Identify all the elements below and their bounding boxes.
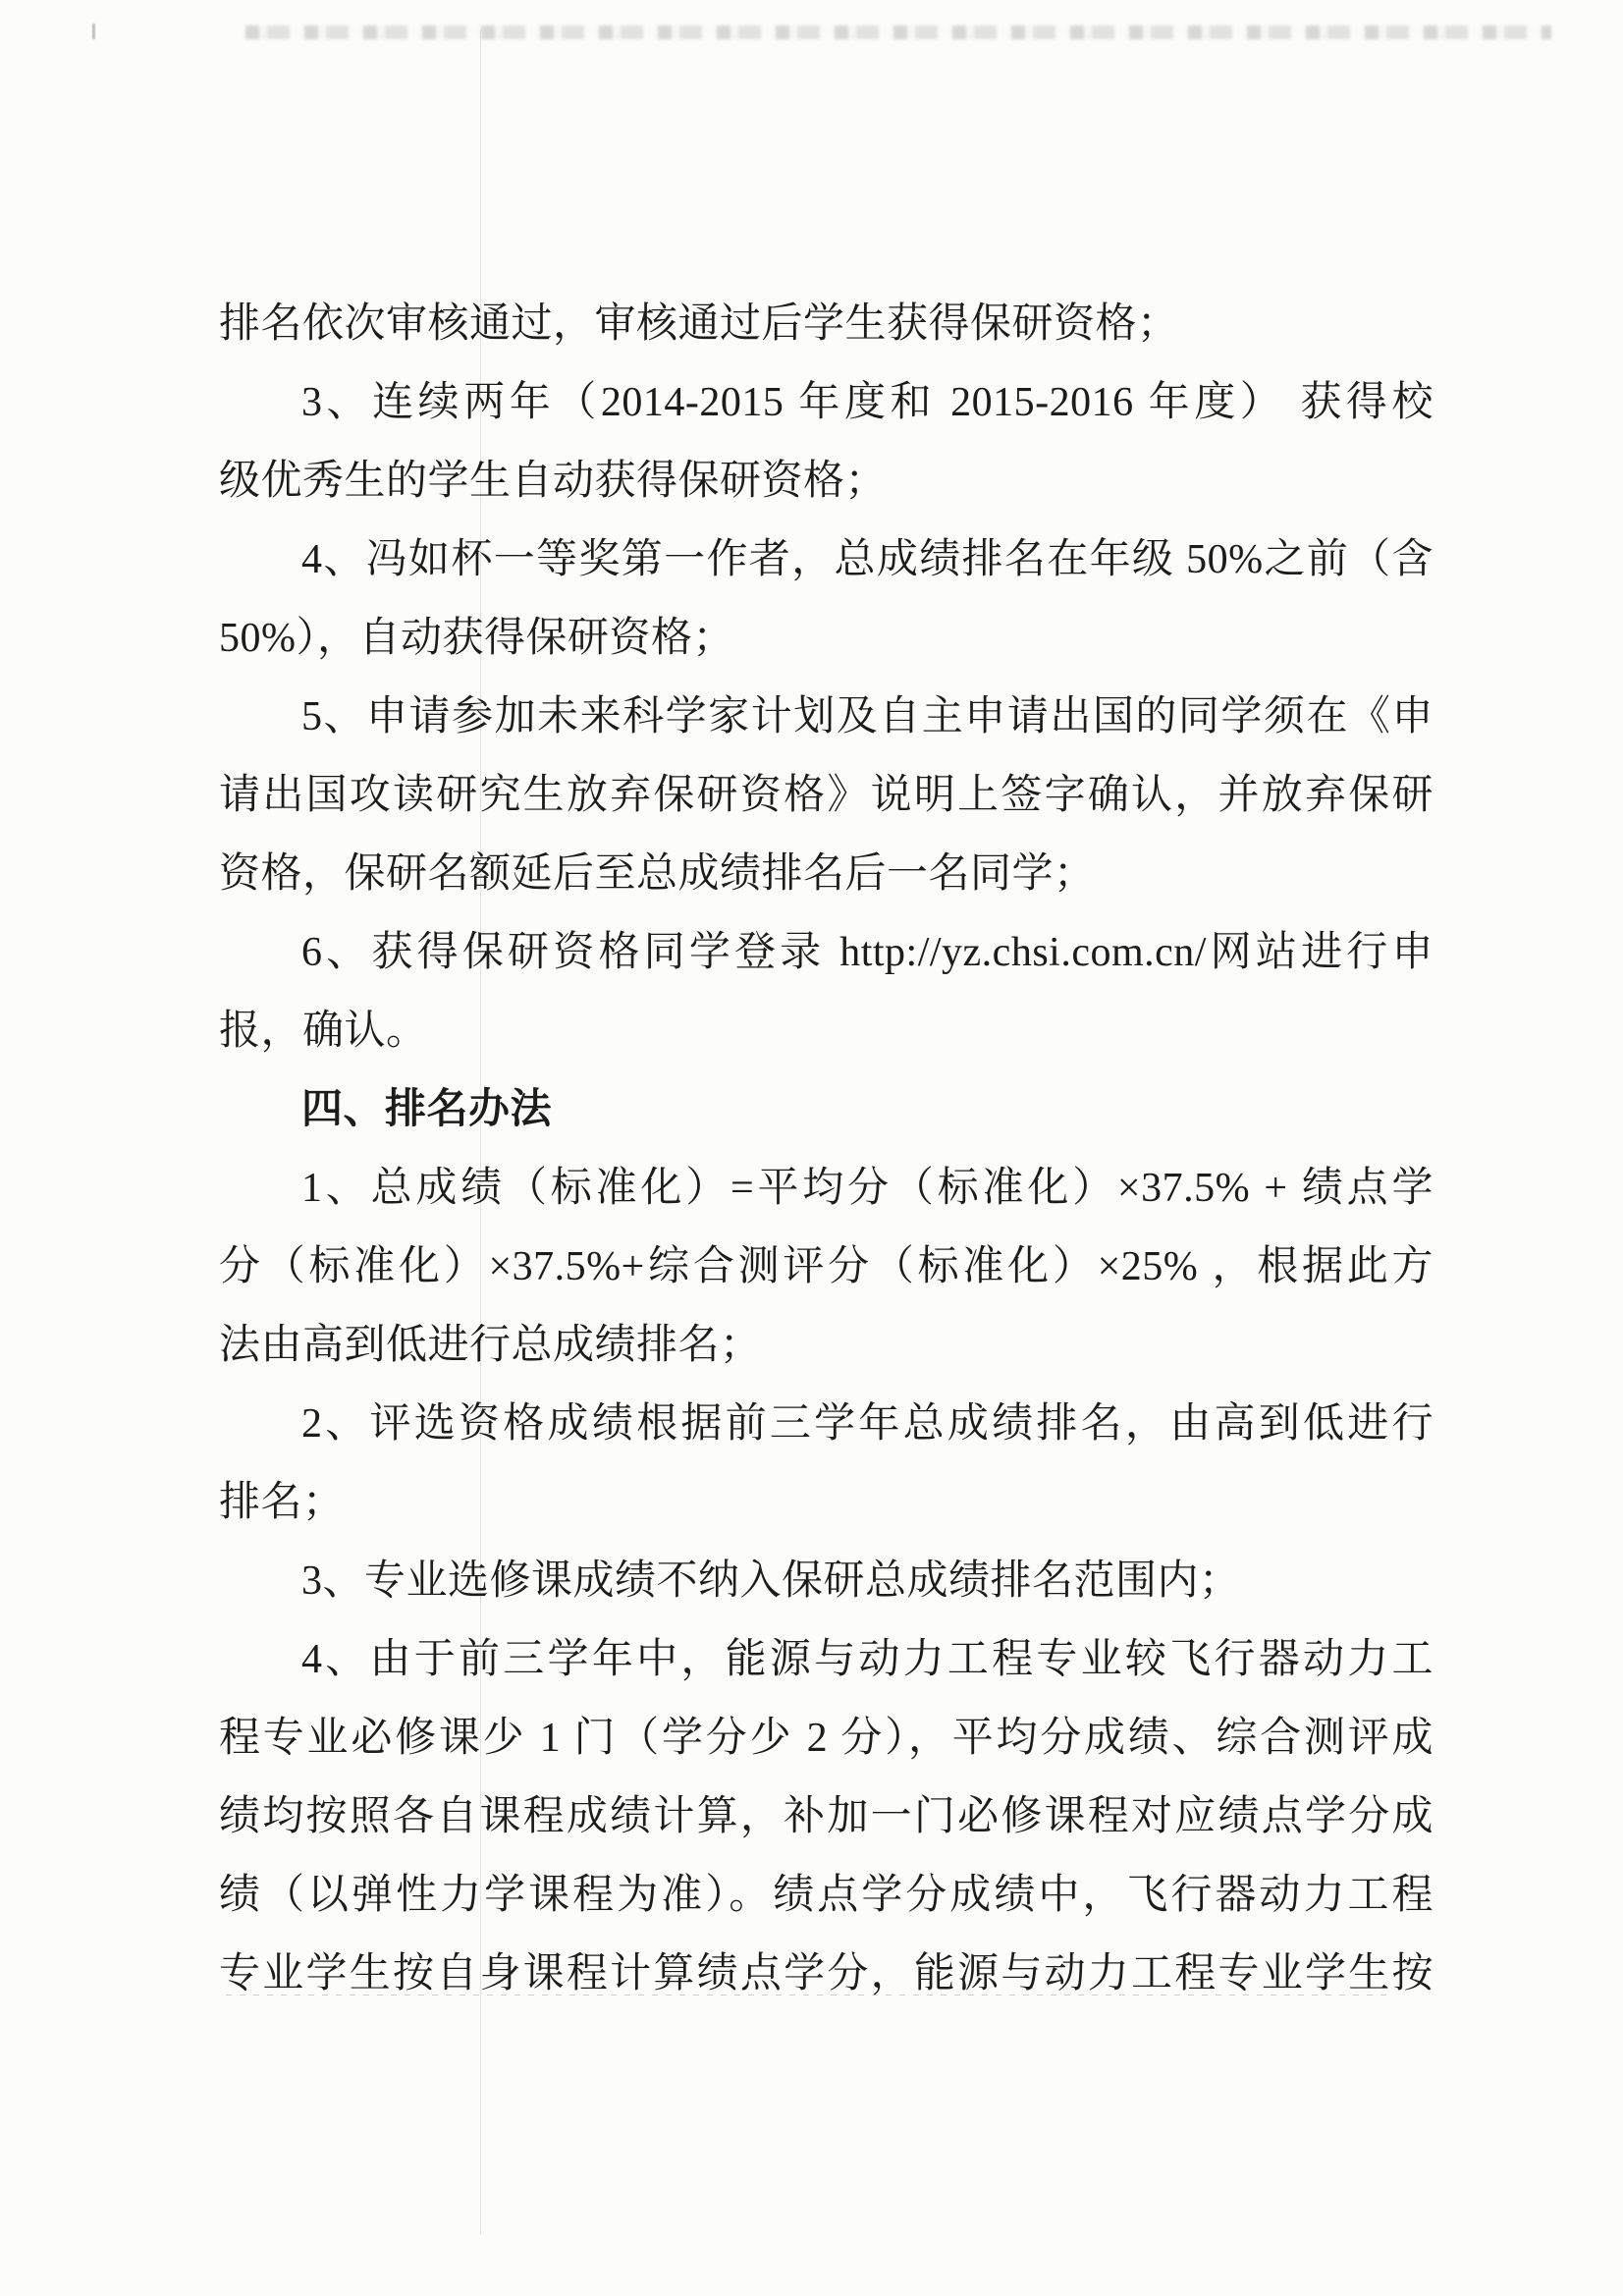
text-line: 绩（以弹性力学课程为准）。绩点学分成绩中，飞行器动力工程	[219, 1856, 1434, 1935]
text-line: 排名依次审核通过，审核通过后学生获得保研资格；	[219, 285, 1434, 363]
text-line: 4、由于前三学年中，能源与动力工程专业较飞行器动力工	[219, 1620, 1434, 1699]
text-line: 报，确认。	[219, 992, 1434, 1070]
text-line: 分（标准化）×37.5%+综合测评分（标准化）×25% ，根据此方	[219, 1228, 1434, 1306]
text-line: 绩均按照各自课程成绩计算，补加一门必修课程对应绩点学分成	[219, 1777, 1434, 1856]
section-heading: 四、排名办法	[219, 1070, 1434, 1149]
text-line: 5、申请参加未来科学家计划及自主申请出国的同学须在《申	[219, 678, 1434, 756]
text-line: 3、专业选修课成绩不纳入保研总成绩排名范围内；	[219, 1542, 1434, 1620]
scan-bleed-through-band	[245, 26, 1551, 39]
scan-bleed-tick	[92, 24, 95, 39]
text-line: 法由高到低进行总成绩排名；	[219, 1306, 1434, 1385]
text-line: 2、评选资格成绩根据前三学年总成绩排名，由高到低进行	[219, 1385, 1434, 1463]
text-line: 级优秀生的学生自动获得保研资格；	[219, 442, 1434, 520]
text-line: 3、连续两年（2014-2015 年度和 2015-2016 年度） 获得校	[219, 363, 1434, 442]
text-line: 资格，保研名额延后至总成绩排名后一名同学；	[219, 835, 1434, 913]
text-line: 4、冯如杯一等奖第一作者，总成绩排名在年级 50%之前（含	[219, 520, 1434, 599]
text-line: 排名；	[219, 1463, 1434, 1542]
text-line: 程专业必修课少 1 门（学分少 2 分），平均分成绩、综合测评成	[219, 1699, 1434, 1777]
document-page: 排名依次审核通过，审核通过后学生获得保研资格； 3、连续两年（2014-2015…	[0, 0, 1623, 2296]
text-line: 请出国攻读研究生放弃保研资格》说明上签字确认，并放弃保研	[219, 756, 1434, 835]
text-line: 1、总成绩（标准化）=平均分（标准化）×37.5% + 绩点学	[219, 1149, 1434, 1228]
text-line: 50%），自动获得保研资格；	[219, 599, 1434, 678]
text-line: 6、获得保研资格同学登录 http://yz.chsi.com.cn/网站进行申	[219, 913, 1434, 992]
body-text: 排名依次审核通过，审核通过后学生获得保研资格； 3、连续两年（2014-2015…	[219, 285, 1434, 2013]
text-line: 专业学生按自身课程计算绩点学分，能源与动力工程专业学生按	[219, 1935, 1434, 2013]
